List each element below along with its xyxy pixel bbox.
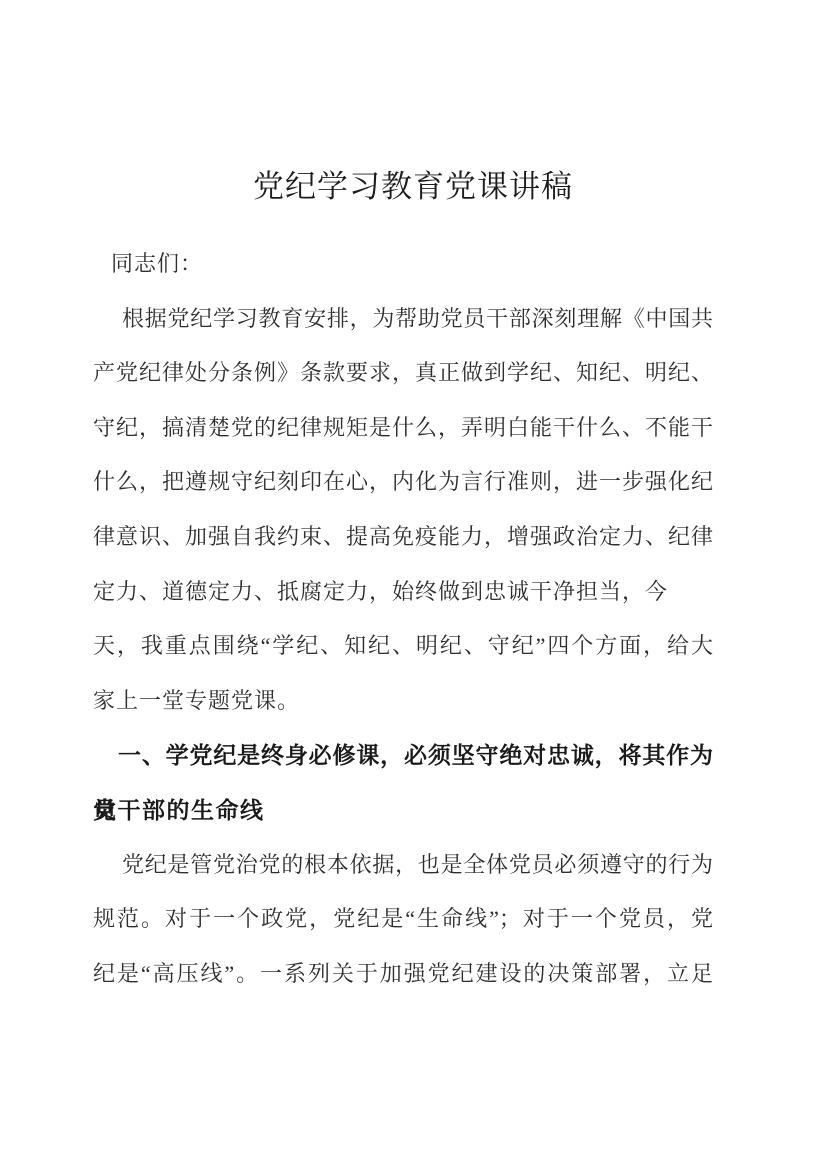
text-line: 守纪，搞清楚党的纪律规矩是什么，弄明白能干什么、不能干: [93, 401, 713, 456]
text-line: 定力、道德定力、抵腐定力，始终做到忠诚干净担当，今: [93, 565, 713, 620]
text-line: 党纪是管党治党的根本依据，也是全体党员必须遵守的行为: [93, 838, 713, 893]
text-line: 同志们：: [93, 237, 713, 292]
text-line: 什么，把遵规守纪刻印在心，内化为言行准则，进一步强化纪: [93, 455, 713, 510]
document-body: 同志们：根据党纪学习教育安排，为帮助党员干部深刻理解《中国共产党纪律处分条例》条…: [93, 237, 713, 1001]
text-line: 规范。对于一个政党，党纪是“生命线”；对于一个党员，党: [93, 892, 713, 947]
text-line: 根据党纪学习教育安排，为帮助党员干部深刻理解《中国共: [93, 292, 713, 347]
text-line: 一、学党纪是终身必修课，必须坚守绝对忠诚，将其作为党: [93, 728, 713, 783]
document-page: 党纪学习教育党课讲稿 同志们：根据党纪学习教育安排，为帮助党员干部深刻理解《中国…: [0, 0, 826, 1169]
text-line: 律意识、加强自我约束、提高免疫能力，增强政治定力、纪律: [93, 510, 713, 565]
text-line: 家上一堂专题党课。: [93, 674, 713, 729]
text-line: 员干部的生命线: [93, 783, 713, 838]
text-line: 天，我重点围绕“学纪、知纪、明纪、守纪”四个方面，给大: [93, 619, 713, 674]
document-title: 党纪学习教育党课讲稿: [0, 164, 826, 210]
text-line: 纪是“高压线”。一系列关于加强党纪建设的决策部署，立足: [93, 947, 713, 1002]
text-line: 产党纪律处分条例》条款要求，真正做到学纪、知纪、明纪、: [93, 346, 713, 401]
